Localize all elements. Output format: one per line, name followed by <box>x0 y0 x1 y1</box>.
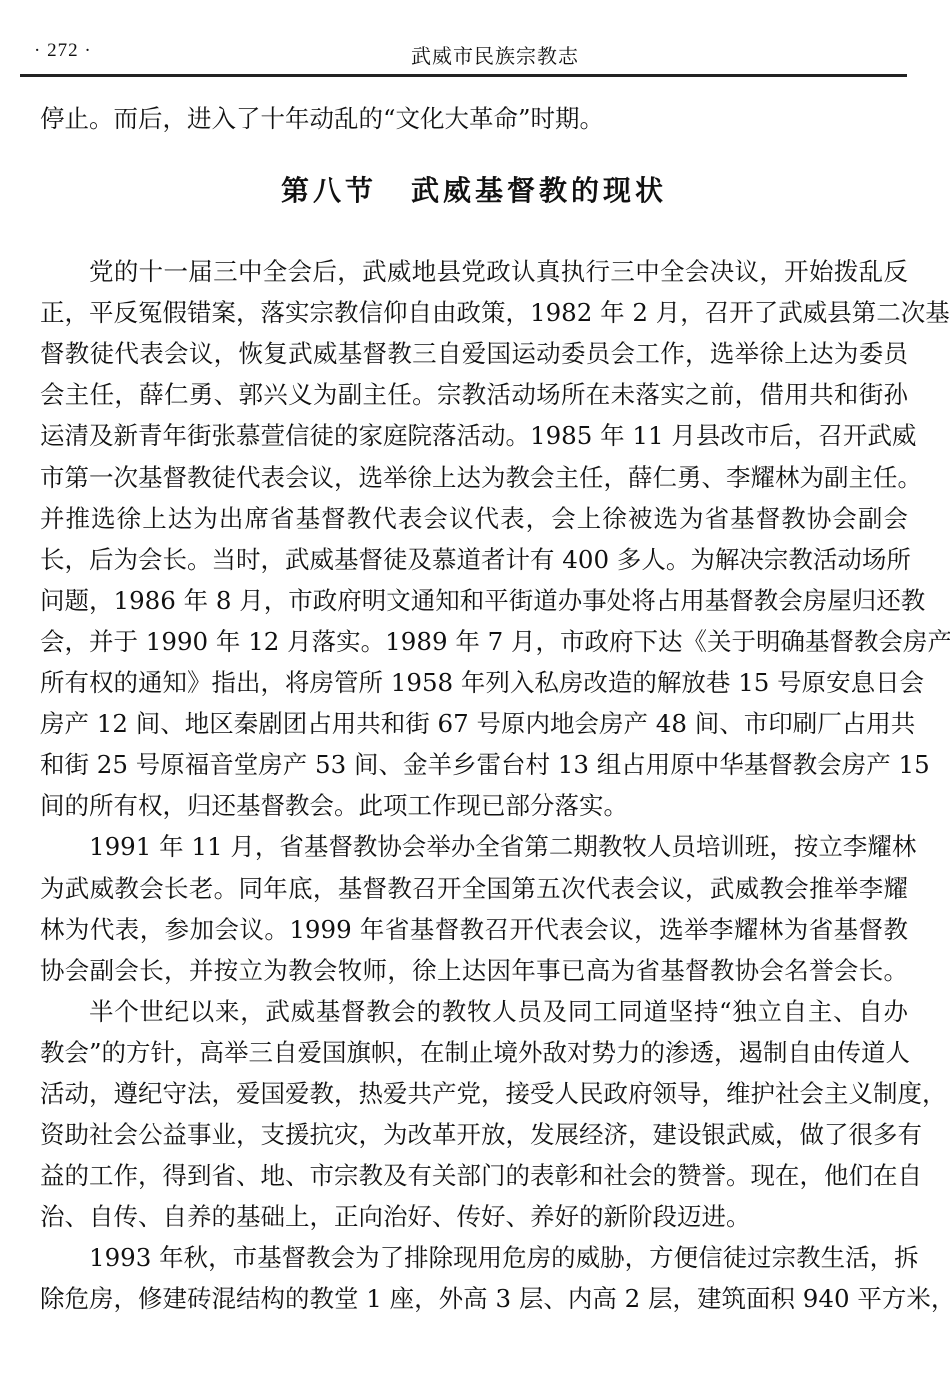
text-line: 协会副会长，并按立为教会牧师，徐上达因年事已高为省基督教协会名誉会长。 <box>40 950 908 991</box>
text-line: 所有权的通知》指出，将房管所 1958 年列入私房改造的解放巷 15 号原安息日… <box>40 662 908 703</box>
text-line: 活动，遵纪守法，爱国爱教，热爱共产党，接受人民政府领导，维护社会主义制度， <box>40 1073 908 1114</box>
section-number: 第八节 <box>281 174 377 207</box>
text-line: 间的所有权，归还基督教会。此项工作现已部分落实。 <box>40 785 908 826</box>
text-line: 会主任，薛仁勇、郭兴义为副主任。宗教活动场所在未落实之前，借用共和街孙 <box>40 374 908 415</box>
text-line: 督教徒代表会议，恢复武威基督教三自爱国运动委员会工作，选举徐上达为委员 <box>40 333 908 374</box>
text-line: 资助社会公益事业，支援抗灾，为改革开放，发展经济，建设银武威，做了很多有 <box>40 1114 908 1155</box>
text-line: 治、自传、自养的基础上，正向治好、传好、养好的新阶段迈进。 <box>40 1196 908 1237</box>
text-line: 房产 12 间、地区秦剧团占用共和街 67 号原内地会房产 48 间、市印刷厂占… <box>40 703 908 744</box>
text-line: 为武威教会长老。同年底，基督教召开全国第五次代表会议，武威教会推举李耀 <box>40 868 908 909</box>
text-line: 运清及新青年街张慕萱信徒的家庭院落活动。1985 年 11 月县改市后，召开武威 <box>40 415 908 456</box>
text-line: 市第一次基督教徒代表会议，选举徐上达为教会主任，薛仁勇、李耀林为副主任。 <box>40 457 908 498</box>
text-line: 林为代表，参加会议。1999 年省基督教召开代表会议，选举李耀林为省基督教 <box>40 909 908 950</box>
text-line: 1991 年 11 月，省基督教协会举办全省第二期教牧人员培训班，按立李耀林 <box>40 826 908 867</box>
text-line: 除危房，修建砖混结构的教堂 1 座，外高 3 层、内高 2 层，建筑面积 940… <box>40 1278 908 1319</box>
text-line: 长，后为会长。当时，武威基督徒及慕道者计有 400 多人。为解决宗教活动场所 <box>40 539 908 580</box>
page-header: · 272 · 武威市民族宗教志 <box>0 0 950 80</box>
text-line: 1993 年秋，市基督教会为了排除现用危房的威胁，方便信徒过宗教生活，拆 <box>40 1237 908 1278</box>
text-line: 会，并于 1990 年 12 月落实。1989 年 7 月，市政府下达《关于明确… <box>40 621 908 662</box>
text-line: 教会”的方针，高举三自爱国旗帜，在制止境外敌对势力的渗透，遏制自由传道人 <box>40 1032 908 1073</box>
text-line: 和街 25 号原福音堂房产 53 间、金羊乡雷台村 13 组占用原中华基督教会房… <box>40 744 908 785</box>
running-title: 武威市民族宗教志 <box>0 40 950 69</box>
text-line: 并推选徐上达为出席省基督教代表会议代表，会上徐被选为省基督教协会副会 <box>40 498 908 539</box>
section-title: 武威基督教的现状 <box>411 174 667 207</box>
paragraph-4: 1993 年秋，市基督教会为了排除现用危房的威胁，方便信徒过宗教生活，拆 除危房… <box>40 1237 908 1319</box>
text-line: 正，平反冤假错案，落实宗教信仰自由政策，1982 年 2 月，召开了武威县第二次… <box>40 292 908 333</box>
text-line: 问题，1986 年 8 月，市政府明文通知和平街道办事处将占用基督教会房屋归还教 <box>40 580 908 621</box>
page-body: 停止。而后，进入了十年动乱的“文化大革命”时期。 第八节武威基督教的现状 党的十… <box>40 98 908 1320</box>
text-line: 党的十一届三中全会后，武威地县党政认真执行三中全会决议，开始拨乱反 <box>40 251 908 292</box>
continuation-line: 停止。而后，进入了十年动乱的“文化大革命”时期。 <box>40 98 908 139</box>
paragraph-3: 半个世纪以来，武威基督教会的教牧人员及同工同道坚持“独立自主、自办 教会”的方针… <box>40 991 908 1238</box>
text-line: 半个世纪以来，武威基督教会的教牧人员及同工同道坚持“独立自主、自办 <box>40 991 908 1032</box>
header-rule <box>20 74 907 77</box>
paragraph-1: 党的十一届三中全会后，武威地县党政认真执行三中全会决议，开始拨乱反 正，平反冤假… <box>40 251 908 826</box>
paragraph-2: 1991 年 11 月，省基督教协会举办全省第二期教牧人员培训班，按立李耀林 为… <box>40 826 908 990</box>
section-heading: 第八节武威基督教的现状 <box>40 145 908 237</box>
text-line: 益的工作，得到省、地、市宗教及有关部门的表彰和社会的赞誉。现在，他们在自 <box>40 1155 908 1196</box>
